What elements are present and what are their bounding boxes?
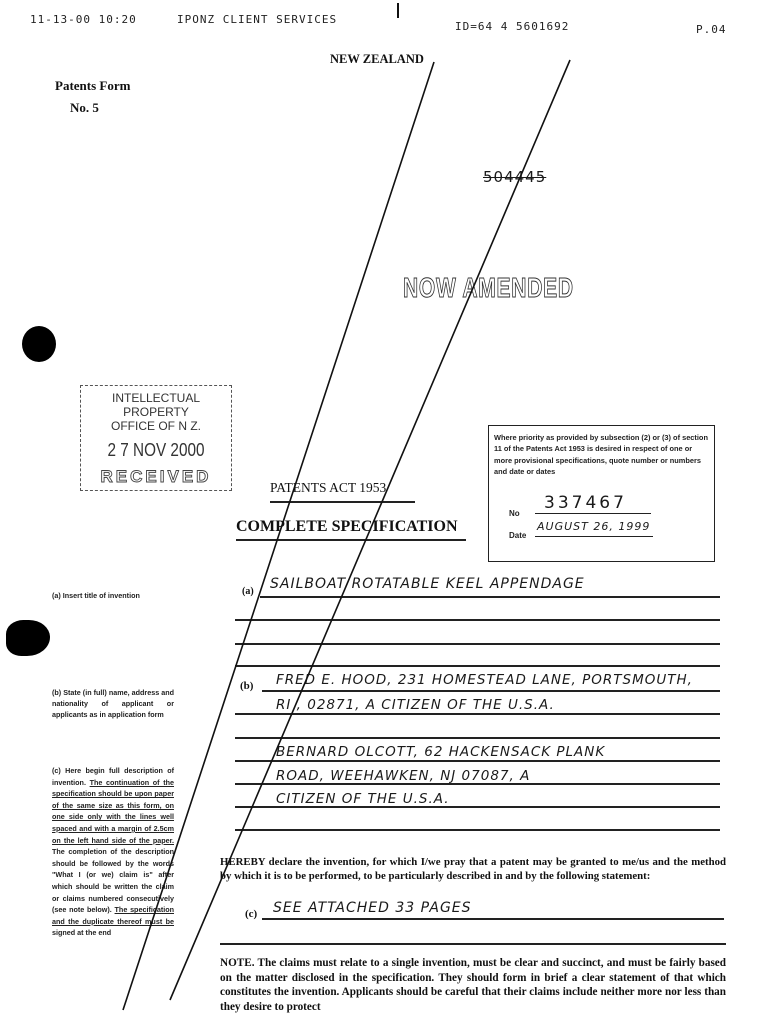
diagonal-strike-lines — [0, 0, 757, 1024]
